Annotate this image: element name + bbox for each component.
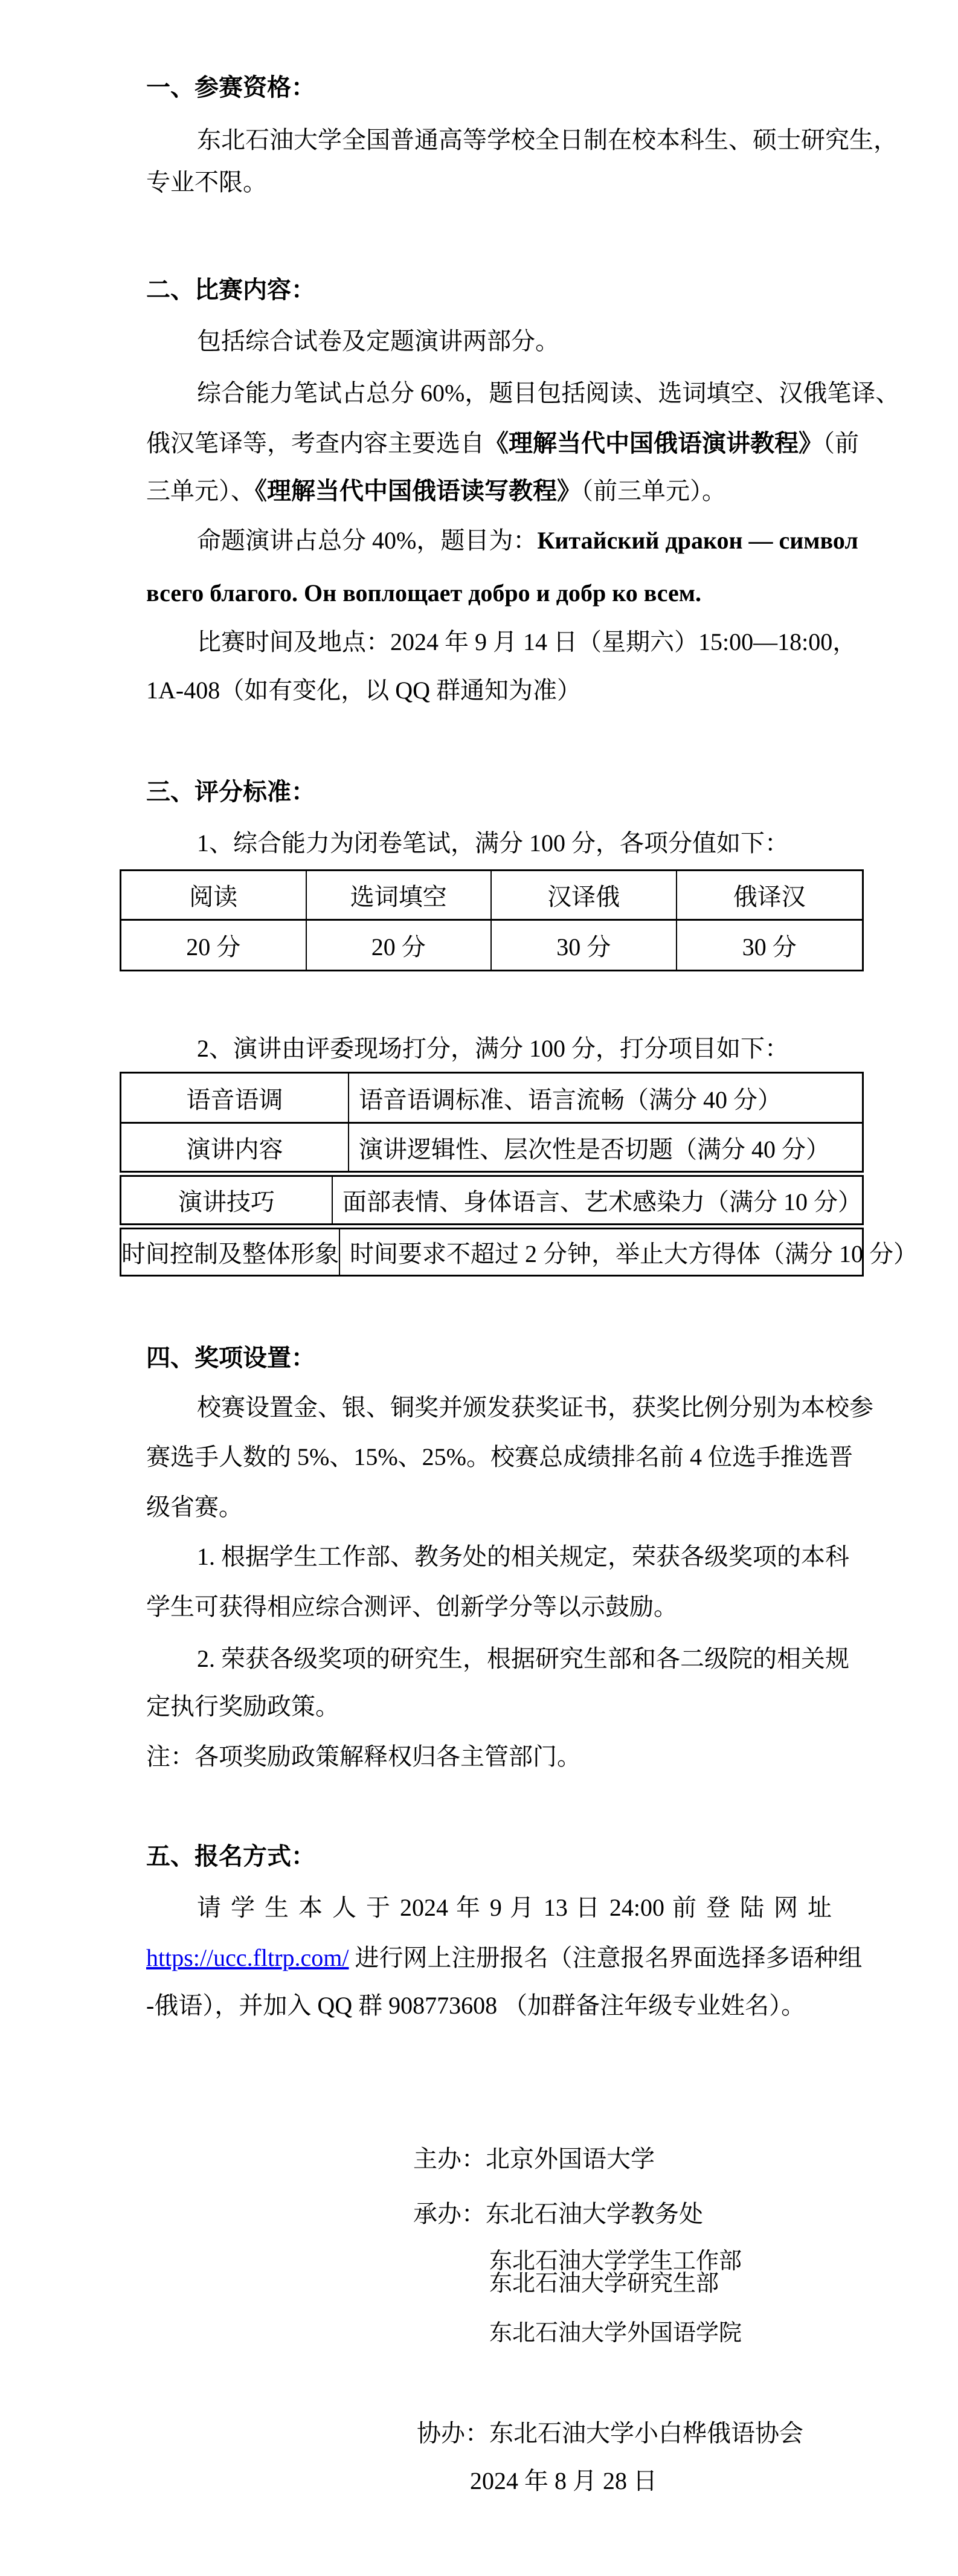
table-header-cell: 俄译汉 <box>677 871 863 921</box>
footer-organizer: 承办：东北石油大学教务处 <box>413 2200 703 2229</box>
registration-url-link[interactable]: https://ucc.fltrp.com/ <box>146 1944 349 1971</box>
table-header-cell: 汉译俄 <box>492 871 677 921</box>
section-2-line: 1A-408（如有变化，以 QQ 群通知为准） <box>146 676 581 705</box>
text-segment: （前三单元）。 <box>581 477 726 504</box>
text-segment: 进行网上注册报名（注意报名界面选择多语种组 <box>349 1944 863 1971</box>
section-2-line: 命题演讲占总分 40%，题目为：Китайский дракон — симво… <box>197 526 858 555</box>
section-4-line: 1. 根据学生工作部、教务处的相关规定，荣获各级奖项的本科 <box>197 1542 849 1571</box>
criterion-desc-cell: 时间要求不超过 2 分钟，举止大方得体（满分 10 分） <box>340 1229 918 1275</box>
section-4-heading: 四、奖项设置： <box>146 1344 315 1373</box>
section-5-heading: 五、报名方式： <box>146 1842 315 1871</box>
text-segment: 俄汉笔译等，考查内容主要选自 <box>146 430 484 457</box>
section-4-line: 学生可获得相应综合测评、创新学分等以示鼓励。 <box>146 1592 678 1621</box>
section-2-line: 俄汉笔译等，考查内容主要选自《理解当代中国俄语演讲教程》（前 <box>146 429 859 458</box>
section-2-line: 三单元）、《理解当代中国俄语读写教程》（前三单元）。 <box>146 477 726 506</box>
criterion-desc-cell: 语音语调标准、语言流畅（满分 40 分） <box>349 1074 862 1122</box>
section-2-heading: 二、比赛内容： <box>146 275 315 304</box>
criterion-name-cell: 演讲技巧 <box>121 1177 333 1223</box>
criterion-name-cell: 演讲内容 <box>121 1124 349 1171</box>
section-2-line: 比赛时间及地点：2024 年 9 月 14 日（星期六）15:00—18:00， <box>197 628 857 657</box>
table-row: 语音语调 语音语调标准、语言流畅（满分 40 分） <box>120 1072 864 1124</box>
section-4-line: 校赛设置金、银、铜奖并颁发获奖证书，获奖比例分别为本校参 <box>197 1393 873 1422</box>
section-4-note: 注：各项奖励政策解释权归各主管部门。 <box>146 1742 581 1771</box>
book-title: 《理解当代中国俄语演讲教程》 <box>484 430 823 457</box>
criterion-name-cell: 时间控制及整体形象 <box>121 1229 340 1275</box>
table-row: 时间控制及整体形象 时间要求不超过 2 分钟，举止大方得体（满分 10 分） <box>120 1228 864 1277</box>
section-1-line: 专业不限。 <box>146 168 267 197</box>
criterion-desc-cell: 面部表情、身体语言、艺术感染力（满分 10 分） <box>333 1177 862 1223</box>
footer-dept: 东北石油大学外国语学院 <box>489 2322 742 2345</box>
text-segment: 三单元）、 <box>146 477 255 504</box>
section-4-line: 定执行奖励政策。 <box>146 1692 339 1721</box>
section-3-intro: 1、综合能力为闭卷笔试，满分 100 分，各项分值如下： <box>197 829 789 858</box>
section-3-intro: 2、演讲由评委现场打分，满分 100 分，打分项目如下： <box>197 1034 789 1063</box>
section-5-line: https://ucc.fltrp.com/ 进行网上注册报名（注意报名界面选择… <box>146 1943 863 1972</box>
section-1-line: 东北石油大学全国普通高等学校全日制在校本科生、硕士研究生， <box>197 126 898 155</box>
footer-dept: 东北石油大学学生工作部 <box>489 2250 742 2273</box>
speech-topic-russian: Китайский дракон — символ <box>537 527 858 554</box>
table-value-cell: 20 分 <box>307 921 492 970</box>
section-4-line: 2. 荣获各级奖项的研究生，根据研究生部和各二级院的相关规 <box>197 1644 849 1673</box>
footer-co-organizer: 协办：东北石油大学小白桦俄语协会 <box>417 2419 803 2448</box>
written-test-score-table: 阅读 选词填空 汉译俄 俄译汉 20 分 20 分 30 分 30 分 <box>120 869 864 971</box>
table-row: 演讲内容 演讲逻辑性、层次性是否切题（满分 40 分） <box>120 1122 864 1173</box>
section-5-line: -俄语），并加入 QQ 群 908773608 （加群备注年级专业姓名）。 <box>146 1991 805 2020</box>
section-4-line: 赛选手人数的 5%、15%、25%。校赛总成绩排名前 4 位选手推选晋 <box>146 1443 853 1472</box>
footer-dept: 东北石油大学研究生部 <box>489 2272 719 2295</box>
table-row: 演讲技巧 面部表情、身体语言、艺术感染力（满分 10 分） <box>120 1175 864 1225</box>
book-title: 《理解当代中国俄语读写教程》 <box>255 477 581 504</box>
section-2-line: 包括综合试卷及定题演讲两部分。 <box>197 327 559 356</box>
section-1-heading: 一、参赛资格： <box>146 73 315 102</box>
text-segment: （前 <box>823 430 859 457</box>
table-header-cell: 阅读 <box>121 871 307 921</box>
table-value-cell: 20 分 <box>121 921 307 970</box>
speech-topic-russian: всего благого. Он воплощает добро и добр… <box>146 579 701 608</box>
footer-date: 2024 年 8 月 28 日 <box>470 2467 657 2496</box>
section-2-line: 综合能力笔试占总分 60%，题目包括阅读、选词填空、汉俄笔译、 <box>197 379 899 408</box>
section-4-line: 级省赛。 <box>146 1493 243 1522</box>
table-header-cell: 选词填空 <box>307 871 492 921</box>
text-segment: 命题演讲占总分 40%，题目为： <box>197 527 537 554</box>
section-5-line: 请 学 生 本 人 于 2024 年 9 月 13 日 24:00 前 登 陆 … <box>197 1893 832 1922</box>
criterion-desc-cell: 演讲逻辑性、层次性是否切题（满分 40 分） <box>349 1124 862 1171</box>
speech-score-table: 语音语调 语音语调标准、语言流畅（满分 40 分） 演讲内容 演讲逻辑性、层次性… <box>120 1072 864 1277</box>
footer-host: 主办：北京外国语大学 <box>413 2145 655 2174</box>
section-3-heading: 三、评分标准： <box>146 778 315 807</box>
document-page: 一、参赛资格： 东北石油大学全国普通高等学校全日制在校本科生、硕士研究生， 专业… <box>0 0 958 2576</box>
criterion-name-cell: 语音语调 <box>121 1074 349 1122</box>
table-value-cell: 30 分 <box>492 921 677 970</box>
table-value-cell: 30 分 <box>677 921 863 970</box>
